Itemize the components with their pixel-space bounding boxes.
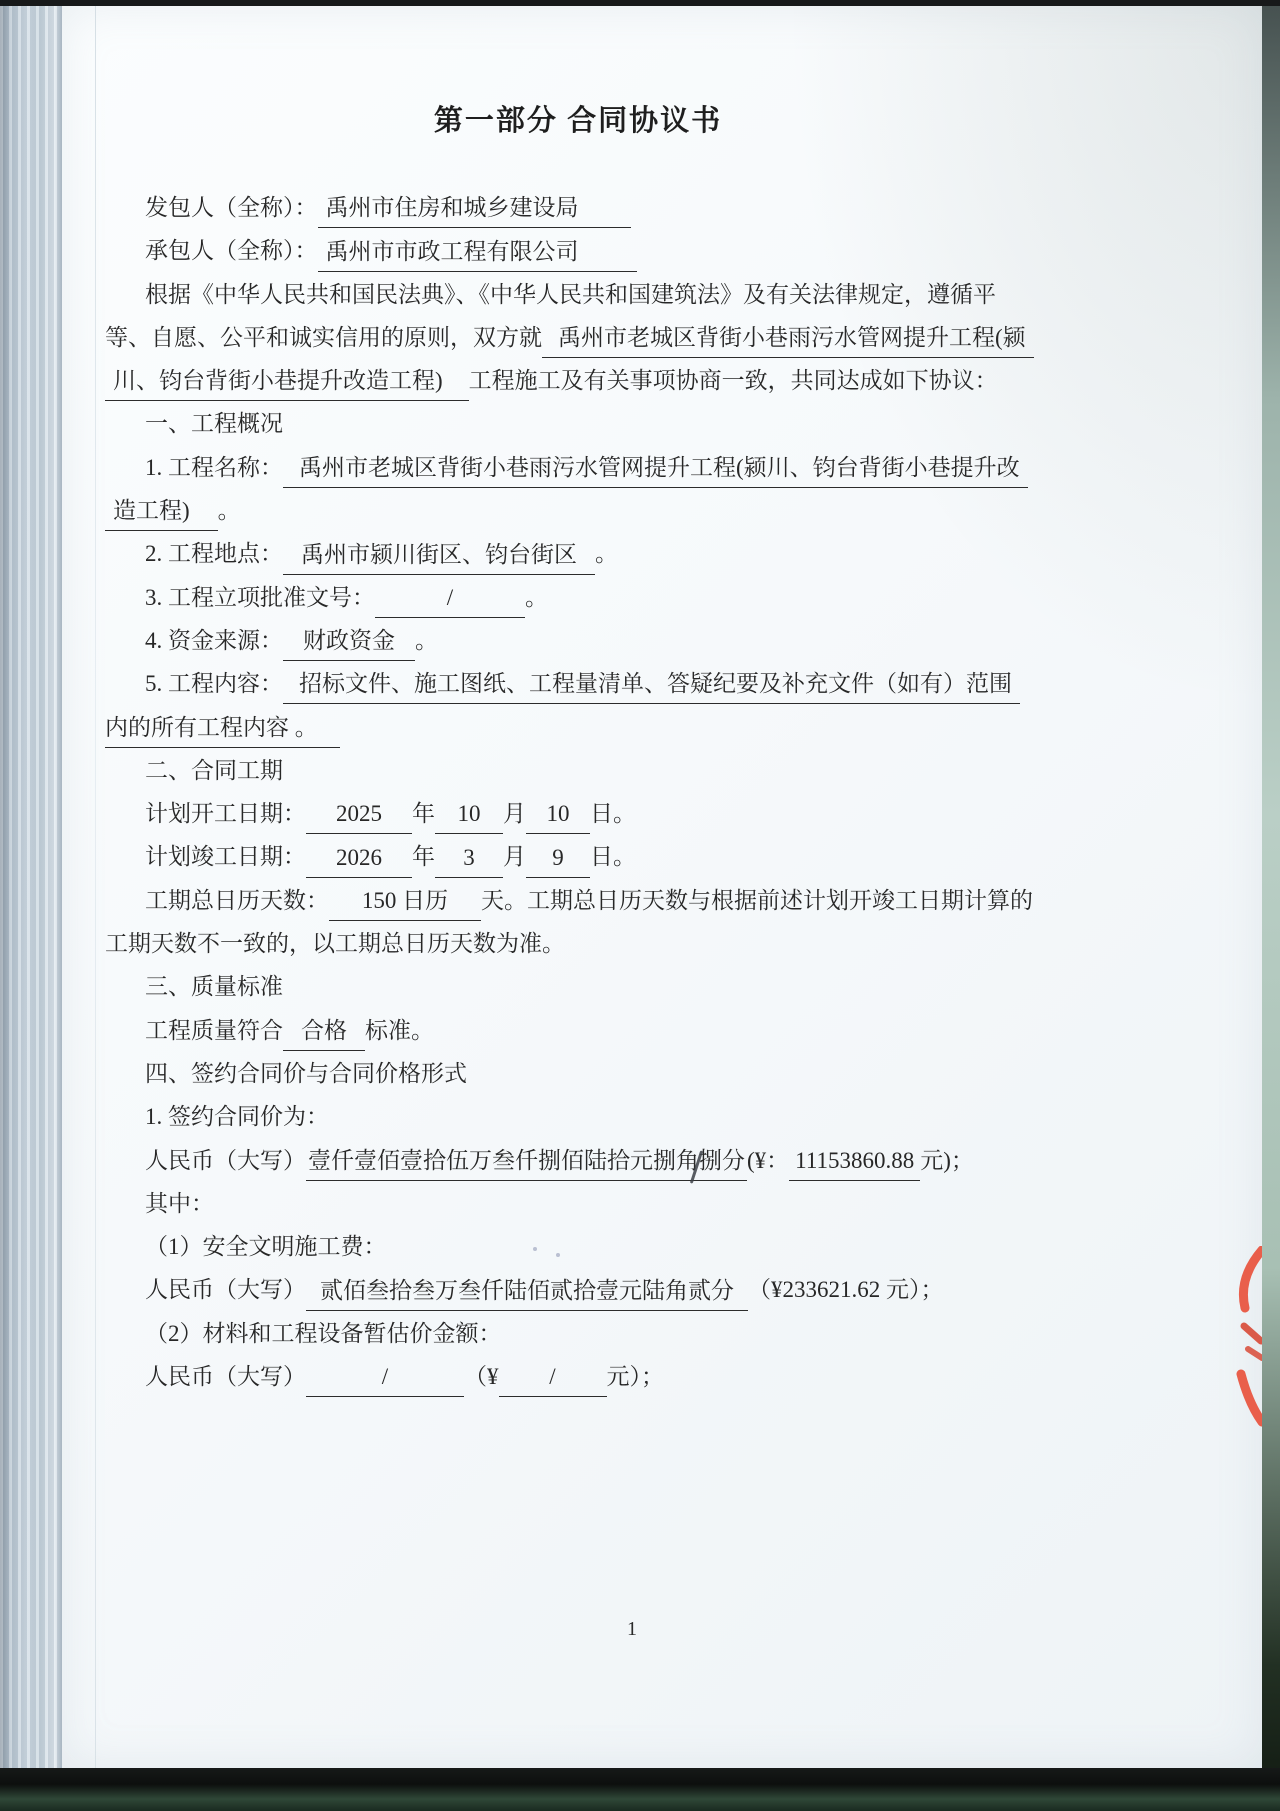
field-label: 计划开工日期： — [145, 801, 306, 826]
provisional-digits: / — [499, 1360, 607, 1397]
heading-text: 二、合同工期 — [145, 758, 283, 783]
heading-text: 四、签约合同价与合同价格形式 — [145, 1061, 467, 1086]
body-text: 其中： — [145, 1191, 214, 1216]
ink-speck — [533, 1247, 537, 1251]
scope-value: 招标文件、施工图纸、工程量清单、答疑纪要及补充文件（如有）范围 — [283, 667, 1020, 704]
field-label: （2）材料和工程设备暂估价金额： — [145, 1321, 502, 1346]
finish-year: 2026 — [306, 841, 412, 878]
contract-price-line: 人民币（大写）壹仟壹佰壹拾伍万叁仟捌佰陆拾元捌角捌分(¥：11153860.88… — [105, 1139, 1115, 1182]
heading-text: 一、工程概况 — [145, 411, 283, 436]
amount-in-digits: 11153860.88 — [789, 1144, 920, 1181]
finish-day: 9 — [526, 841, 590, 878]
total-days-value: 150 日历 — [329, 884, 481, 921]
safety-amount-digits: （¥233621.62 元）； — [748, 1277, 944, 1302]
safety-fee-label-line: （1）安全文明施工费： — [105, 1225, 1115, 1268]
field-label: 3. 工程立项批准文号： — [145, 585, 375, 610]
body-text: 天。工期总日历天数与根据前述计划开竣工日期计算的 — [481, 888, 1033, 913]
page-title: 第一部分 合同协议书 — [62, 98, 1094, 139]
heading-text: 三、质量标准 — [145, 974, 283, 999]
total-days-line-1: 工期总日历天数：150 日历天。工期总日历天数与根据前述计划开竣工日期计算的 — [105, 879, 1115, 922]
contractor-value: 禹州市市政工程有限公司 — [318, 235, 637, 272]
photo-bottom-edge — [0, 1768, 1280, 1811]
field-label: 工期总日历天数： — [145, 888, 329, 913]
book-page-edges — [0, 0, 62, 1811]
employer-line: 发包人（全称）：禹州市住房和城乡建设局 — [105, 186, 1115, 229]
rmb-label: 人民币（大写） — [145, 1277, 306, 1302]
unit: 日。 — [590, 844, 636, 869]
contractor-label: 承包人（全称）： — [145, 238, 318, 263]
project-name-line: 1. 工程名称：禹州市老城区背街小巷雨污水管网提升工程(颍川、钧台背街小巷提升改 — [105, 446, 1115, 489]
start-month: 10 — [435, 797, 503, 834]
finish-date-line: 计划竣工日期：2026年3月9日。 — [105, 835, 1115, 878]
body-text: 工期天数不一致的，以工期总日历天数为准。 — [105, 931, 565, 956]
preamble-line-1: 根据《中华人民共和国民法典》、《中华人民共和国建筑法》及有关法律规定，遵循平 — [105, 273, 1115, 316]
provisional-words: / — [306, 1360, 464, 1397]
contract-page: 第一部分 合同协议书 发包人（全称）：禹州市住房和城乡建设局 承包人（全称）：禹… — [62, 6, 1262, 1768]
body-text: 1. 签约合同价为： — [145, 1104, 329, 1129]
field-label: 5. 工程内容： — [145, 671, 283, 696]
unit: 月 — [503, 801, 526, 826]
period: 。 — [415, 628, 438, 653]
paren: 元)； — [920, 1148, 974, 1173]
ink-speck — [556, 1253, 560, 1257]
safety-amount-words: 贰佰叁拾叁万叁仟陆佰贰拾壹元陆角贰分 — [306, 1274, 748, 1311]
section-2-heading: 二、合同工期 — [105, 749, 1115, 792]
approval-number-line: 3. 工程立项批准文号：/。 — [105, 576, 1115, 619]
field-label: （1）安全文明施工费： — [145, 1234, 387, 1259]
preamble-text: 等、自愿、公平和诚实信用的原则，双方就 — [105, 325, 542, 350]
employer-label: 发包人（全称）： — [145, 195, 318, 220]
total-days-line-2: 工期天数不一致的，以工期总日历天数为准。 — [105, 922, 1115, 965]
approval-value: / — [375, 581, 525, 618]
employer-value: 禹州市住房和城乡建设局 — [318, 191, 631, 228]
red-seal-stamp-fragment — [1232, 1246, 1262, 1431]
page-number: 1 — [62, 1618, 1202, 1641]
scope-value: 内的所有工程内容 。 — [105, 711, 340, 748]
body-text: 标准。 — [365, 1018, 434, 1043]
project-location-line: 2. 工程地点：禹州市颍川街区、钧台街区。 — [105, 532, 1115, 575]
preamble-line-3: 川、钧台背街小巷提升改造工程)工程施工及有关事项协商一致，共同达成如下协议： — [105, 359, 1115, 402]
unit: 年 — [412, 844, 435, 869]
paren: (¥： — [747, 1148, 789, 1173]
provisional-label-line: （2）材料和工程设备暂估价金额： — [105, 1312, 1115, 1355]
section-4-heading: 四、签约合同价与合同价格形式 — [105, 1052, 1115, 1095]
period: 。 — [218, 498, 241, 523]
start-date-line: 计划开工日期：2025年10月10日。 — [105, 792, 1115, 835]
photo-right-edge — [1262, 0, 1280, 1811]
preamble-text: 工程施工及有关事项协商一致，共同达成如下协议： — [469, 368, 998, 393]
unit: 月 — [503, 844, 526, 869]
preamble-line-2: 等、自愿、公平和诚实信用的原则，双方就禹州市老城区背街小巷雨污水管网提升工程(颍 — [105, 316, 1115, 359]
scope-line-1: 5. 工程内容：招标文件、施工图纸、工程量清单、答疑纪要及补充文件（如有）范围 — [105, 662, 1115, 705]
section-3-heading: 三、质量标准 — [105, 965, 1115, 1008]
paren: 元）； — [607, 1364, 665, 1389]
quality-line: 工程质量符合合格标准。 — [105, 1009, 1115, 1052]
contract-body: 发包人（全称）：禹州市住房和城乡建设局 承包人（全称）：禹州市市政工程有限公司 … — [105, 186, 1115, 1398]
period: 。 — [595, 541, 618, 566]
field-label: 计划竣工日期： — [145, 844, 306, 869]
start-year: 2025 — [306, 797, 412, 834]
project-name-part1: 禹州市老城区背街小巷雨污水管网提升工程(颍 — [542, 321, 1034, 358]
project-name-value: 禹州市老城区背街小巷雨污水管网提升工程(颍川、钧台背街小巷提升改 — [283, 451, 1028, 488]
safety-fee-amount-line: 人民币（大写）贰佰叁拾叁万叁仟陆佰贰拾壹元陆角贰分（¥233621.62 元）； — [105, 1268, 1115, 1311]
start-day: 10 — [526, 797, 590, 834]
field-label: 4. 资金来源： — [145, 628, 283, 653]
finish-month: 3 — [435, 841, 503, 878]
amount-in-words: 壹仟壹佰壹拾伍万叁仟捌佰陆拾元捌角捌分 — [306, 1144, 747, 1181]
project-name-part2: 川、钧台背街小巷提升改造工程) — [105, 364, 469, 401]
preamble-text: 根据《中华人民共和国民法典》、《中华人民共和国建筑法》及有关法律规定，遵循平 — [145, 282, 996, 307]
rmb-label: 人民币（大写） — [145, 1148, 306, 1173]
project-name-value: 造工程) — [105, 494, 218, 531]
funding-source-line: 4. 资金来源：财政资金。 — [105, 619, 1115, 662]
contract-price-intro-line: 1. 签约合同价为： — [105, 1095, 1115, 1138]
among-line: 其中： — [105, 1182, 1115, 1225]
unit: 日。 — [590, 801, 636, 826]
location-value: 禹州市颍川街区、钧台街区 — [283, 538, 595, 575]
project-name-line-2: 造工程)。 — [105, 489, 1115, 532]
field-label: 1. 工程名称： — [145, 455, 283, 480]
contractor-line: 承包人（全称）：禹州市市政工程有限公司 — [105, 229, 1115, 272]
unit: 年 — [412, 801, 435, 826]
period: 。 — [525, 585, 548, 610]
section-1-heading: 一、工程概况 — [105, 402, 1115, 445]
provisional-amount-line: 人民币（大写）/（¥/元）； — [105, 1355, 1115, 1398]
field-label: 2. 工程地点： — [145, 541, 283, 566]
scope-line-2: 内的所有工程内容 。 — [105, 706, 1115, 749]
body-text: 工程质量符合 — [145, 1018, 283, 1043]
quality-value: 合格 — [283, 1014, 365, 1051]
paren: （¥ — [464, 1364, 499, 1389]
funding-value: 财政资金 — [283, 624, 415, 661]
rmb-label: 人民币（大写） — [145, 1364, 306, 1389]
